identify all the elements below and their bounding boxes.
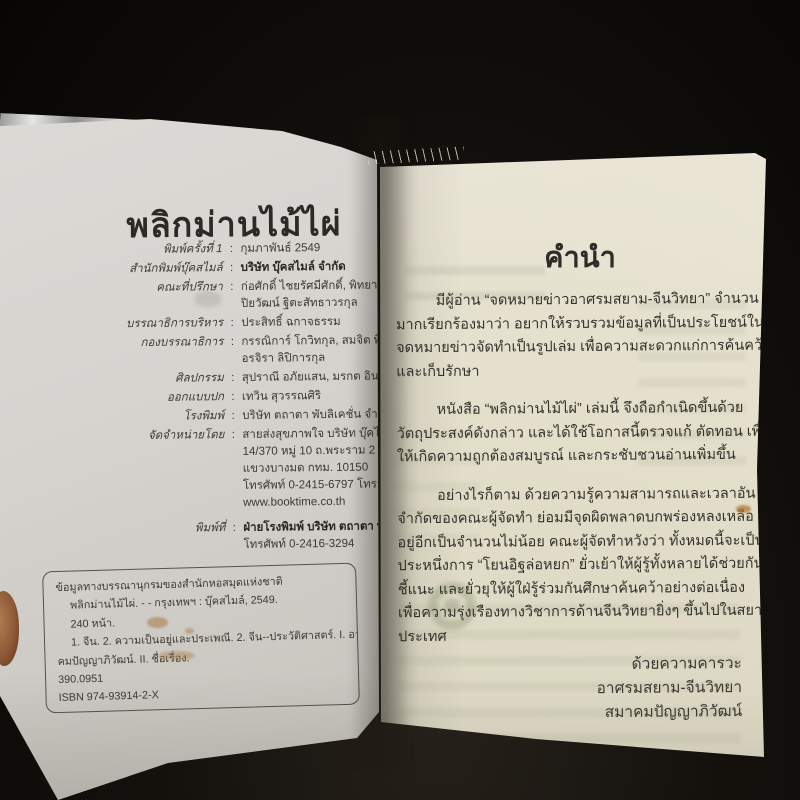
- preface-paragraph: หนังสือ “พลิกม่านไม้ไผ่” เล่มนี้ จึงถือก…: [396, 397, 744, 470]
- credit-value-line: ประสิทธิ์ ฉกาจธรรม: [241, 313, 381, 331]
- paragraph-line: เพื่อความรุ่งเรืองทางวิชาการด้านจีนวิทยา…: [398, 600, 746, 626]
- paragraph-line: ชี้แนะ และยั่วยุให้ผู้ใฝ่รู้ร่วมกันศึกษา…: [398, 576, 746, 602]
- credit-row-printed-at: พิมพ์ที่ : ฝ่ายโรงพิมพ์ บริษัท ตถาตา พับ…: [87, 518, 383, 555]
- paragraph-line: และเก็บรักษา: [396, 358, 744, 384]
- paragraph-line: จำกัดของคณะผู้จัดทำ ย่อมมีจุดผิดพลาดบกพร…: [397, 506, 745, 532]
- colon: :: [223, 279, 241, 313]
- credit-row-advisors: คณะที่ปรึกษา : ก่อศักดิ์ ไชยรัศมีศักดิ์,…: [85, 277, 381, 314]
- credit-label: พิมพ์ที่: [87, 520, 225, 555]
- paper-stain: [185, 628, 194, 634]
- credit-value: เทวิน สุวรรณศิริ: [242, 387, 382, 405]
- colon: :: [224, 408, 242, 425]
- credit-value: กุมภาพันธ์ 2549: [240, 239, 380, 257]
- credit-label: สำนักพิมพ์บุ๊คสไมล์: [85, 260, 223, 278]
- paragraph-line: หนังสือ “พลิกม่านไม้ไผ่” เล่มนี้ จึงถือก…: [396, 397, 744, 423]
- paper-stain: [736, 505, 751, 513]
- paragraph-line: ประเทศ: [398, 623, 746, 649]
- credit-label: ศิลปกรรม: [86, 370, 224, 388]
- credit-row-publisher: สำนักพิมพ์บุ๊คสไมล์ : บริษัท บุ๊คสไมล์ จ…: [85, 258, 381, 278]
- credit-label: ออกแบบปก: [86, 389, 224, 407]
- colon: :: [222, 241, 240, 258]
- paper-stain: [147, 617, 168, 628]
- credit-value-line: กุมภาพันธ์ 2549: [240, 239, 380, 257]
- credit-row-edition: พิมพ์ครั้งที่ 1 : กุมภาพันธ์ 2549: [84, 239, 380, 259]
- credit-label: กองบรรณาธิการ: [85, 334, 223, 369]
- paragraph-line: ประหนึ่งการ “โยนอิฐล่อหยก” ยั่วเย้าให้ผู…: [398, 553, 746, 579]
- preface-body: มีผู้อ่าน “จดหมายข่าวอาศรมสยาม-จีนวิทยา”…: [396, 288, 747, 664]
- paragraph-line: จดหมายข่าวจัดทำเป็นรูปเล่ม เพื่อความสะดว…: [396, 335, 744, 361]
- credit-row-executive-editor: บรรณาธิการบริหาร : ประสิทธิ์ ฉกาจธรรม: [85, 313, 381, 333]
- credit-value: บริษัท บุ๊คสไมล์ จำกัด: [241, 258, 381, 276]
- credit-row-printing-house: โรงพิมพ์ : บริษัท ตถาตา พับลิเคชั่น จำกั…: [86, 406, 382, 426]
- credit-label: จัดจำหน่ายโดย: [86, 427, 225, 513]
- colon: :: [224, 427, 243, 512]
- torn-paper-fibers: [368, 146, 465, 164]
- preface-paragraph: มีผู้อ่าน “จดหมายข่าวอาศรมสยาม-จีนวิทยา”…: [396, 288, 745, 384]
- preface-paragraph: อย่างไรก็ตาม ด้วยความรู้ความสามารถและเวล…: [397, 482, 746, 649]
- credit-row-editorial-team: กองบรรณาธิการ : กรรณิการ์ โกวิทกุล, สมจิ…: [85, 332, 381, 369]
- paragraph-line: วัตถุประสงค์ดังกล่าว และได้ใช้โอกาสนี้ตร…: [397, 420, 745, 446]
- cip-box: ข้อมูลทางบรรณานุกรมของสำนักหอสมุดแห่งชาต…: [42, 563, 360, 714]
- preface-title: คำนำ: [515, 234, 645, 280]
- paragraph-line: อยู่อีกเป็นจำนวนไม่น้อย คณะผู้จัดทำหวังว…: [397, 529, 745, 555]
- credit-label: บรรณาธิการบริหาร: [85, 315, 223, 333]
- paragraph-line: ให้เกิดความถูกต้องสมบูรณ์ และกระชับชวนอ่…: [397, 444, 745, 470]
- paragraph-line: มากเรียกร้องมาว่า อยากให้รวบรวมข้อมูลที่…: [396, 311, 744, 337]
- credit-value-line: เทวิน สุวรรณศิริ: [242, 387, 382, 405]
- credit-row-distributor: จัดจำหน่ายโดย : สายส่งสุขภาพใจ บริษัท บุ…: [86, 425, 383, 513]
- credit-value-line: บริษัท ตถาตา พับลิเคชั่น จำกัด: [242, 406, 392, 425]
- credit-label: โรงพิมพ์: [86, 408, 224, 426]
- credit-row-cover-design: ออกแบบปก : เทวิน สุวรรณศิริ: [86, 387, 382, 407]
- credit-value: ประสิทธิ์ ฉกาจธรรม: [241, 313, 381, 331]
- paragraph-line: มีผู้อ่าน “จดหมายข่าวอาศรมสยาม-จีนวิทยา”…: [396, 288, 744, 314]
- signature-block: ด้วยความคารวะ อาศรมสยาม-จีนวิทยา สมาคมปั…: [470, 652, 742, 726]
- credit-label: พิมพ์ครั้งที่ 1: [84, 241, 222, 259]
- colon: :: [223, 334, 241, 368]
- signature-line: ด้วยความคารวะ: [470, 652, 742, 678]
- signature-line: สมาคมปัญญาภิวัฒน์: [470, 700, 742, 726]
- book-photo: พลิกม่านไม้ไผ่ พิมพ์ครั้งที่ 1 : กุมภาพั…: [0, 0, 800, 800]
- colon: :: [225, 520, 243, 554]
- credit-value-line: บริษัท บุ๊คสไมล์ จำกัด: [241, 258, 381, 276]
- colophon-credits: พิมพ์ครั้งที่ 1 : กุมภาพันธ์ 2549 สำนักพ…: [84, 239, 383, 557]
- credit-row-art: ศิลปกรรม : สุปราณี อภัยแสน, มรกต อินทวงศ…: [86, 368, 382, 388]
- paper-stain: [159, 651, 195, 660]
- paragraph-line: อย่างไรก็ตาม ด้วยความรู้ความสามารถและเวล…: [397, 482, 745, 508]
- paper-stain: [763, 352, 771, 358]
- colon: :: [223, 260, 241, 277]
- colon: :: [224, 389, 242, 406]
- signature-line: อาศรมสยาม-จีนวิทยา: [470, 676, 742, 702]
- colon: :: [223, 315, 241, 332]
- credit-value: บริษัท ตถาตา พับลิเคชั่น จำกัด: [242, 406, 392, 425]
- colon: :: [224, 370, 242, 387]
- credit-label: คณะที่ปรึกษา: [85, 279, 223, 314]
